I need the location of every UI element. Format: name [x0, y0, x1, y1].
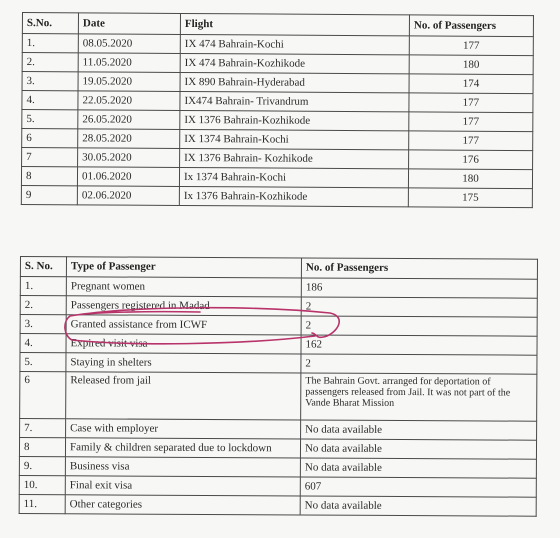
cell-sno: 6 [20, 372, 66, 419]
cell-passengers: 162 [301, 335, 537, 355]
cell-sno: 3. [20, 315, 66, 334]
cell-date: 08.05.2020 [78, 34, 180, 54]
cell-passengers: 177 [409, 112, 533, 132]
cell-sno: 5. [22, 110, 78, 129]
cell-sno: 3. [22, 72, 78, 91]
header-flight: Flight [180, 13, 409, 35]
cell-flight: IX 474 Bahrain-Kochi [180, 34, 409, 54]
header-type: Type of Passenger [66, 257, 301, 278]
cell-sno: 4. [20, 334, 66, 353]
cell-type: Business visa [65, 457, 300, 477]
header-sno: S.No. [22, 13, 78, 34]
cell-passengers: 176 [409, 150, 533, 170]
cell-passengers: No data available [301, 420, 537, 440]
cell-flight: IX 1376 Bahrain-Kozhikode [180, 110, 409, 130]
cell-date: 11.05.2020 [78, 53, 180, 73]
cell-type: Pregnant women [66, 277, 301, 297]
cell-passengers-note: The Bahrain Govt. arranged for deportati… [301, 373, 537, 421]
cell-passengers: 2 [301, 354, 537, 374]
cell-type: Expired visit visa [66, 334, 301, 354]
cell-passengers: 2 [301, 297, 537, 317]
cell-type: Case with employer [66, 419, 301, 439]
cell-type: Released from jail [66, 372, 301, 420]
cell-sno: 8 [21, 167, 77, 186]
cell-type: Staying in shelters [66, 353, 301, 373]
cell-sno: 2. [22, 53, 78, 72]
table-row: 9 02.06.2020 Ix 1376 Bahrain-Kozhikode 1… [21, 185, 532, 207]
cell-flight: IX 1374 Bahrain-Kochi [180, 129, 409, 149]
header-date: Date [78, 13, 180, 35]
flights-table: S.No. Date Flight No. of Passengers 1. 0… [21, 12, 534, 208]
cell-passengers: 177 [409, 131, 533, 151]
cell-passengers: 177 [409, 36, 533, 56]
cell-date: 22.05.2020 [78, 91, 180, 111]
passenger-types-table: S. No. Type of Passenger No. of Passenge… [19, 256, 538, 517]
cell-sno: 1. [22, 34, 78, 53]
cell-sno: 9 [21, 185, 77, 204]
cell-type: Family & children separated due to lockd… [65, 438, 300, 458]
cell-type: Granted assistance from ICWF [66, 315, 301, 335]
cell-sno: 9. [19, 456, 65, 475]
cell-sno: 2. [20, 296, 66, 315]
cell-passengers: 186 [301, 278, 537, 298]
cell-passengers: 607 [300, 477, 536, 497]
header-sno: S. No. [20, 257, 66, 277]
cell-type: Passengers registered in Madad [66, 296, 301, 316]
cell-type: Final exit visa [65, 476, 300, 496]
cell-date: 28.05.2020 [78, 129, 180, 149]
cell-passengers: 177 [409, 93, 533, 113]
cell-date: 26.05.2020 [78, 110, 180, 130]
table-header-row: S. No. Type of Passenger No. of Passenge… [20, 257, 537, 280]
cell-date: 01.06.2020 [77, 167, 179, 187]
cell-passengers: 180 [408, 169, 532, 189]
cell-flight: IX474 Bahrain- Trivandrum [180, 91, 409, 111]
cell-sno: 7. [20, 419, 66, 438]
cell-passengers: 175 [408, 188, 532, 208]
cell-flight: IX 474 Bahrain-Kozhikode [180, 53, 409, 73]
cell-sno: 5. [20, 353, 66, 372]
cell-flight: IX 1376 Bahrain- Kozhikode [180, 148, 409, 168]
cell-flight: Ix 1376 Bahrain-Kozhikode [179, 186, 408, 206]
table-row: 11. Other categories No data available [19, 494, 536, 516]
cell-flight: Ix 1374 Bahrain-Kochi [179, 167, 408, 187]
cell-sno: 4. [22, 91, 78, 110]
cell-sno: 8 [19, 438, 65, 457]
cell-sno: 11. [19, 494, 65, 513]
cell-sno: 1. [20, 277, 66, 296]
cell-sno: 10. [19, 475, 65, 494]
cell-sno: 7 [22, 148, 78, 167]
cell-passengers: No data available [300, 439, 536, 459]
cell-passengers: 174 [409, 74, 533, 94]
cell-passengers: 180 [409, 55, 533, 75]
cell-date: 19.05.2020 [78, 72, 180, 92]
cell-passengers: 2 [301, 316, 537, 336]
cell-flight: IX 890 Bahrain-Hyderabad [180, 72, 409, 92]
cell-date: 02.06.2020 [77, 186, 179, 206]
header-passengers: No. of Passengers [301, 258, 537, 279]
cell-passengers: No data available [300, 458, 536, 478]
cell-sno: 6 [22, 129, 78, 148]
cell-type: Other categories [65, 495, 300, 515]
cell-date: 30.05.2020 [78, 148, 180, 168]
header-passengers: No. of Passengers [409, 15, 533, 37]
cell-passengers: No data available [300, 496, 536, 516]
table-row: 6 Released from jail The Bahrain Govt. a… [20, 372, 537, 422]
